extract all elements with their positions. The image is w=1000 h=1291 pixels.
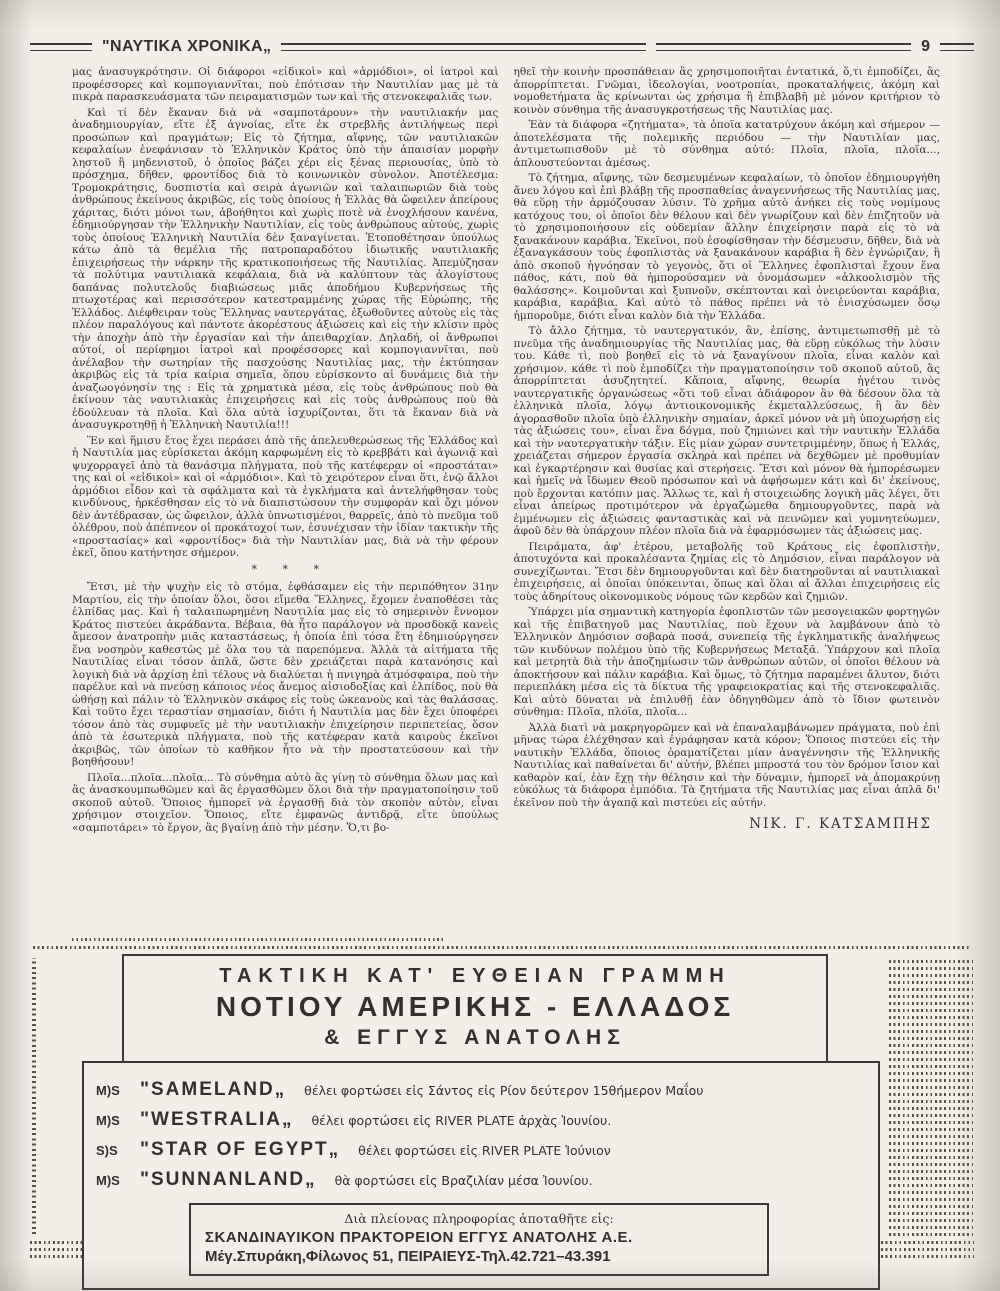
ship-name: "SUNNANLAND„ xyxy=(140,1169,317,1191)
ad-main-box: M)S "SAMELAND„ θέλει φορτώσει εἰς Σάντος… xyxy=(82,1061,880,1290)
ad-ornament-border-top xyxy=(33,946,971,949)
paragraph: μας ἀνασυγκρότησιν. Οἱ διάφοροι «εἰδικοὶ… xyxy=(72,66,499,104)
ad-title-box: ΤΑΚΤΙΚΗ ΚΑΤ' ΕΥΘΕΙΑΝ ΓΡΑΜΜΗ ΝΟΤΙΟΥ ΑΜΕΡΙ… xyxy=(122,954,828,1063)
paragraph: Πλοῖα...πλοῖα...πλοῖα... Τὸ σύνθημα αὐτὸ… xyxy=(72,772,499,835)
ship-loading-details: θὰ φορτώσει εἰς Βραζιλίαν μέσα Ἰουνίου. xyxy=(335,1173,593,1188)
paragraph: Ἕν καὶ ἥμισυ ἔτος ἔχει περάσει ἀπὸ τῆς ἀ… xyxy=(72,435,499,560)
ship-loading-details: θέλει φορτώσει εἰς RIVER PLATE Ἰούνιον xyxy=(358,1143,611,1158)
ship-name: "SAMELAND„ xyxy=(140,1079,286,1101)
ship-type-prefix: M)S xyxy=(96,1113,140,1128)
ship-name: "WESTRALIA„ xyxy=(140,1109,293,1131)
ad-agent-box: Διὰ πλείονας πληροφορίας ἀποταθῆτε εἰς: … xyxy=(189,1203,769,1276)
ship-loading-details: θέλει φορτώσει εἰς Σάντος εἰς Ρίον δεύτε… xyxy=(304,1083,703,1098)
paragraph: Τὸ ἄλλο ζήτημα, τὸ ναυτεργατικόν, ἂν, ἐπ… xyxy=(514,325,941,538)
masthead-rule-middle xyxy=(281,43,646,51)
paragraph: Ἀλλὰ διατὶ νὰ μακρηγορῶμεν καὶ νὰ ἐπαναλ… xyxy=(514,722,941,810)
masthead-rule-left xyxy=(30,43,92,51)
ad-content: ΤΑΚΤΙΚΗ ΚΑΤ' ΕΥΘΕΙΑΝ ΓΡΑΜΜΗ ΝΟΤΙΟΥ ΑΜΕΡΙ… xyxy=(82,954,880,1290)
paragraph: Πειράματα, ἀφ' ἑτέρου, μεταβολῆς τοῦ Κρά… xyxy=(514,541,941,604)
article-column-right: ηθεῖ τὴν κοινὴν προσπάθειαν ἂς χρησιμοπο… xyxy=(514,66,941,942)
ad-ornament-border-left xyxy=(32,958,36,1234)
ship-schedule-list: M)S "SAMELAND„ θέλει φορτώσει εἰς Σάντος… xyxy=(96,1079,862,1191)
page-number: 9 xyxy=(921,38,930,56)
ad-heading-line1: ΤΑΚΤΙΚΗ ΚΑΤ' ΕΥΘΕΙΑΝ ΓΡΑΜΜΗ xyxy=(124,965,826,988)
paragraph: Ἐὰν τὰ διάφορα «ζητήματα», τὰ ὁποῖα κατα… xyxy=(514,119,941,169)
ship-row: S)S "STAR OF EGYPT„ θέλει φορτώσει εἰς R… xyxy=(96,1139,862,1161)
agent-info-line: Διὰ πλείονας πληροφορίας ἀποταθῆτε εἰς: xyxy=(205,1211,753,1226)
ship-row: M)S "SUNNANLAND„ θὰ φορτώσει εἰς Βραζιλί… xyxy=(96,1169,862,1191)
ship-loading-details: θέλει φορτώσει εἰς RIVER PLATE ἀρχὰς Ἰου… xyxy=(311,1113,611,1128)
masthead: "ΝΑΥΤΙΚΑ ΧΡΟΝΙΚΑ„ 9 xyxy=(30,38,974,56)
ad-ornament-border-right xyxy=(889,956,973,1236)
ship-type-prefix: M)S xyxy=(96,1173,140,1188)
article-column-left: μας ἀνασυγκρότησιν. Οἱ διάφοροι «εἰδικοὶ… xyxy=(72,66,499,942)
ship-type-prefix: S)S xyxy=(96,1143,140,1158)
magazine-page-scan: "ΝΑΥΤΙΚΑ ΧΡΟΝΙΚΑ„ 9 μας ἀνασυγκρότησιν. … xyxy=(0,0,1000,1291)
ad-heading-line3: & ΕΓΓΥΣ ΑΝΑΤΟΛΗΣ xyxy=(124,1026,826,1050)
paragraph: Ὑπάρχει μία σημαντικὴ κατηγορία ἐφοπλιστ… xyxy=(514,606,941,719)
section-separator: * * * xyxy=(72,564,499,577)
masthead-rule-middle-2 xyxy=(656,43,911,51)
author-signature: ΝΙΚ. Γ. ΚΑΤΣΑΜΠΗΣ xyxy=(514,818,941,831)
masthead-rule-right xyxy=(940,43,974,51)
ship-name: "STAR OF EGYPT„ xyxy=(140,1139,340,1161)
agent-name: ΣΚΑΝΔΙΝΑΥΙΚΟΝ ΠΡΑΚΤΟΡΕΙΟΝ ΕΓΓΥΣ ΑΝΑΤΟΛΗΣ… xyxy=(205,1229,753,1246)
paragraph: ηθεῖ τὴν κοινὴν προσπάθειαν ἂς χρησιμοπο… xyxy=(514,66,941,116)
paragraph: Τὸ ζήτημα, αἴφνης, τῶν δεσμευμένων κεφαλ… xyxy=(514,172,941,322)
paragraph: Ἔτσι, μὲ τὴν ψυχὴν εἰς τὸ στόμα, ἐφθάσαμ… xyxy=(72,581,499,769)
article-body: μας ἀνασυγκρότησιν. Οἱ διάφοροι «εἰδικοὶ… xyxy=(72,66,940,942)
paragraph: Καὶ τί δὲν ἔκαναν διὰ νὰ «σαμποτάρουν» τ… xyxy=(72,107,499,432)
ship-row: M)S "SAMELAND„ θέλει φορτώσει εἰς Σάντος… xyxy=(96,1079,862,1101)
magazine-title: "ΝΑΥΤΙΚΑ ΧΡΟΝΙΚΑ„ xyxy=(102,38,271,56)
ship-type-prefix: M)S xyxy=(96,1083,140,1098)
agent-address: Μέγ.Σπυράκη,Φίλωνος 51, ΠΕΙΡΑΙΕΥΣ-Τηλ.42… xyxy=(205,1248,753,1265)
ship-row: M)S "WESTRALIA„ θέλει φορτώσει εἰς RIVER… xyxy=(96,1109,862,1131)
advertisement: ΤΑΚΤΙΚΗ ΚΑΤ' ΕΥΘΕΙΑΝ ΓΡΑΜΜΗ ΝΟΤΙΟΥ ΑΜΕΡΙ… xyxy=(30,946,974,1258)
ad-heading-line2: ΝΟΤΙΟΥ ΑΜΕΡΙΚΗΣ - ΕΛΛΑΔΟΣ xyxy=(124,991,826,1023)
